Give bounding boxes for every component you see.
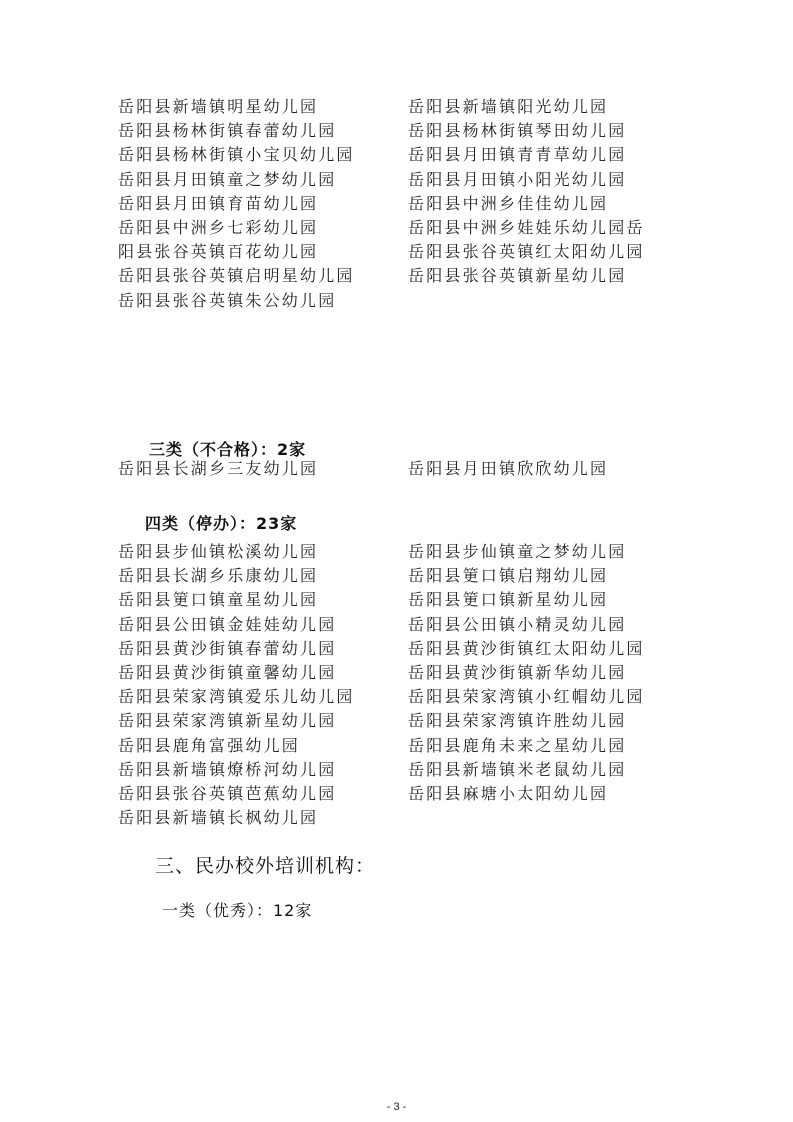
list-item: 岳阳县新墙镇米老鼠幼儿园 xyxy=(408,758,678,782)
list-item: 岳阳县筻口镇童星幼儿园 xyxy=(118,588,408,612)
list-item: 岳阳县步仙镇松溪幼儿园 xyxy=(118,540,408,564)
page-number: - 3 - xyxy=(0,1101,793,1113)
list-item: 岳阳县新墙镇燎桥河幼儿园 xyxy=(118,758,408,782)
list-item: 岳阳县新墙镇长枫幼儿园 xyxy=(118,806,408,830)
list-item: 岳阳县张谷英镇朱公幼儿园 xyxy=(118,289,408,313)
list-item: 岳阳县鹿角未来之星幼儿园 xyxy=(408,734,678,758)
list-item: 岳阳县公田镇金娃娃幼儿园 xyxy=(118,613,408,637)
list-item: 岳阳县黄沙街镇红太阳幼儿园 xyxy=(408,637,678,661)
kindergarten-list-top: 岳阳县新墙镇明星幼儿园 岳阳县新墙镇阳光幼儿园 岳阳县杨林街镇春蕾幼儿园 岳阳县… xyxy=(118,95,678,313)
list-item: 岳阳县杨林街镇小宝贝幼儿园 xyxy=(118,143,408,167)
list-item: 岳阳县月田镇童之梦幼儿园 xyxy=(118,168,408,192)
list-item: 岳阳县筻口镇启翔幼儿园 xyxy=(408,564,678,588)
kindergarten-list-category-three: 岳阳县长湖乡三友幼儿园 岳阳县月田镇欣欣幼儿园 xyxy=(118,457,678,481)
list-item: 岳阳县筻口镇新星幼儿园 xyxy=(408,588,678,612)
list-item: 岳阳县荣家湾镇爱乐儿幼儿园 xyxy=(118,685,408,709)
list-item: 岳阳县月田镇小阳光幼儿园 xyxy=(408,168,678,192)
document-page: 岳阳县新墙镇明星幼儿园 岳阳县新墙镇阳光幼儿园 岳阳县杨林街镇春蕾幼儿园 岳阳县… xyxy=(0,0,793,1122)
list-item: 岳阳县新墙镇阳光幼儿园 xyxy=(408,95,678,119)
section-three-sub-heading: 一类（优秀）：12家 xyxy=(162,898,312,921)
list-item: 岳阳县中洲乡佳佳幼儿园 xyxy=(408,192,678,216)
list-item: 岳阳县鹿角富强幼儿园 xyxy=(118,734,408,758)
list-item xyxy=(408,806,678,830)
list-item: 岳阳县公田镇小精灵幼儿园 xyxy=(408,613,678,637)
list-item: 岳阳县长湖乡三友幼儿园 xyxy=(118,457,408,481)
list-item: 岳阳县荣家湾镇许胜幼儿园 xyxy=(408,709,678,733)
list-item: 岳阳县麻塘小太阳幼儿园 xyxy=(408,782,678,806)
list-item: 岳阳县长湖乡乐康幼儿园 xyxy=(118,564,408,588)
list-item: 岳阳县中洲乡娃娃乐幼儿园岳 xyxy=(408,216,678,240)
list-item: 岳阳县张谷英镇新星幼儿园 xyxy=(408,264,678,288)
list-item: 岳阳县新墙镇明星幼儿园 xyxy=(118,95,408,119)
list-item: 岳阳县月田镇青青草幼儿园 xyxy=(408,143,678,167)
list-item: 岳阳县黄沙街镇春蕾幼儿园 xyxy=(118,637,408,661)
list-item: 岳阳县步仙镇童之梦幼儿园 xyxy=(408,540,678,564)
list-item: 岳阳县张谷英镇红太阳幼儿园 xyxy=(408,240,678,264)
list-item: 岳阳县杨林街镇春蕾幼儿园 xyxy=(118,119,408,143)
list-item: 岳阳县张谷英镇启明星幼儿园 xyxy=(118,264,408,288)
list-item xyxy=(408,289,678,313)
list-item: 岳阳县月田镇育苗幼儿园 xyxy=(118,192,408,216)
section-three-title: 三、民办校外培训机构： xyxy=(155,851,375,878)
list-item: 岳阳县黄沙街镇童馨幼儿园 xyxy=(118,661,408,685)
kindergarten-list-category-four: 岳阳县步仙镇松溪幼儿园 岳阳县步仙镇童之梦幼儿园 岳阳县长湖乡乐康幼儿园 岳阳县… xyxy=(118,540,678,830)
list-item: 岳阳县黄沙街镇新华幼儿园 xyxy=(408,661,678,685)
list-item: 岳阳县荣家湾镇新星幼儿园 xyxy=(118,709,408,733)
list-item: 岳阳县张谷英镇芭蕉幼儿园 xyxy=(118,782,408,806)
list-item: 岳阳县月田镇欣欣幼儿园 xyxy=(408,457,678,481)
list-item: 阳县张谷英镇百花幼儿园 xyxy=(118,240,408,264)
list-item: 岳阳县中洲乡七彩幼儿园 xyxy=(118,216,408,240)
category-four-heading: 四类（停办）：23家 xyxy=(145,511,297,534)
list-item: 岳阳县杨林街镇琴田幼儿园 xyxy=(408,119,678,143)
list-item: 岳阳县荣家湾镇小红帽幼儿园 xyxy=(408,685,678,709)
